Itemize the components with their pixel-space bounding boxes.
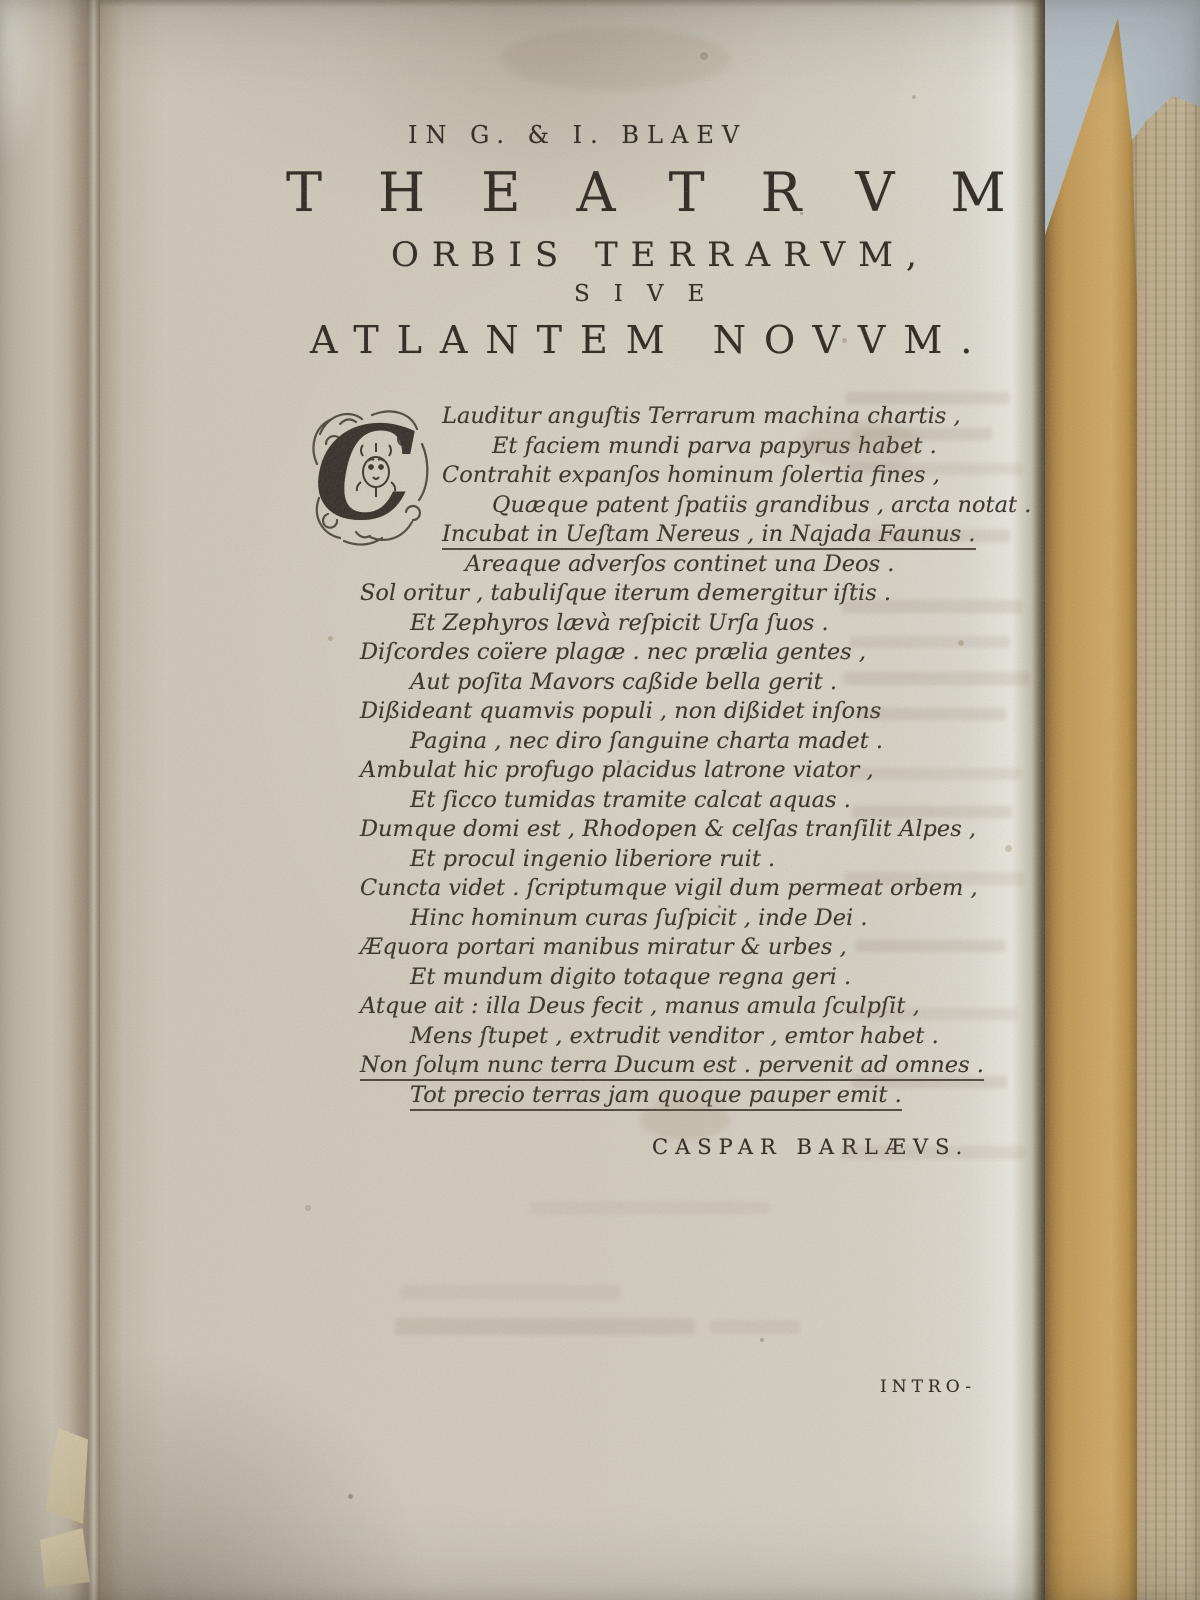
page-edge-tan-leaf (1045, 0, 1137, 1600)
poem-line: Hinc hominum curas ſuſpicit , inde Dei . (360, 904, 990, 934)
poem-line: Mens ſtupet , extrudit venditor , emtor … (360, 1022, 990, 1052)
sive-line: SIVE (574, 281, 728, 307)
catchword: INTRO- (880, 1377, 976, 1397)
page-title: THEATRVM (286, 161, 1062, 224)
poem-line: Dumque domi est , Rhodopen & celſas tran… (360, 815, 990, 845)
poem-line: Et mundum digito totaque regna geri . (360, 963, 990, 993)
book-page-left-leaf (0, 0, 100, 1600)
poem: C Lauditur anguſtis Terrarum machina cha… (310, 402, 990, 1110)
printed-page: IN G. & I. BLAEV THEATRVM ORBIS TERRARVM… (100, 0, 1045, 1600)
open-book-photo: IN G. & I. BLAEV THEATRVM ORBIS TERRARVM… (0, 0, 1200, 1600)
poem-line: Pagina , nec diro ſanguine charta madet … (360, 727, 990, 757)
poem-line: Et procul ingenio liberiore ruit . (360, 845, 990, 875)
alt-title: ATLANTEM NOVVM. (310, 318, 990, 362)
woodcut-initial-icon: C (310, 406, 432, 546)
torn-paper-tab (46, 1428, 88, 1524)
book-page-stack-right (1045, 0, 1200, 1600)
poem-line: Quæque patent ſpatiis grandibus , arcta … (360, 491, 990, 521)
page-subtitle: ORBIS TERRARVM, (391, 235, 930, 275)
dedication-line: IN G. & I. BLAEV (408, 121, 747, 149)
drop-cap-letter: C (314, 406, 416, 546)
torn-paper-tab (40, 1528, 90, 1588)
poem-line: Areaque adverſos continet una Deos . (360, 550, 990, 580)
